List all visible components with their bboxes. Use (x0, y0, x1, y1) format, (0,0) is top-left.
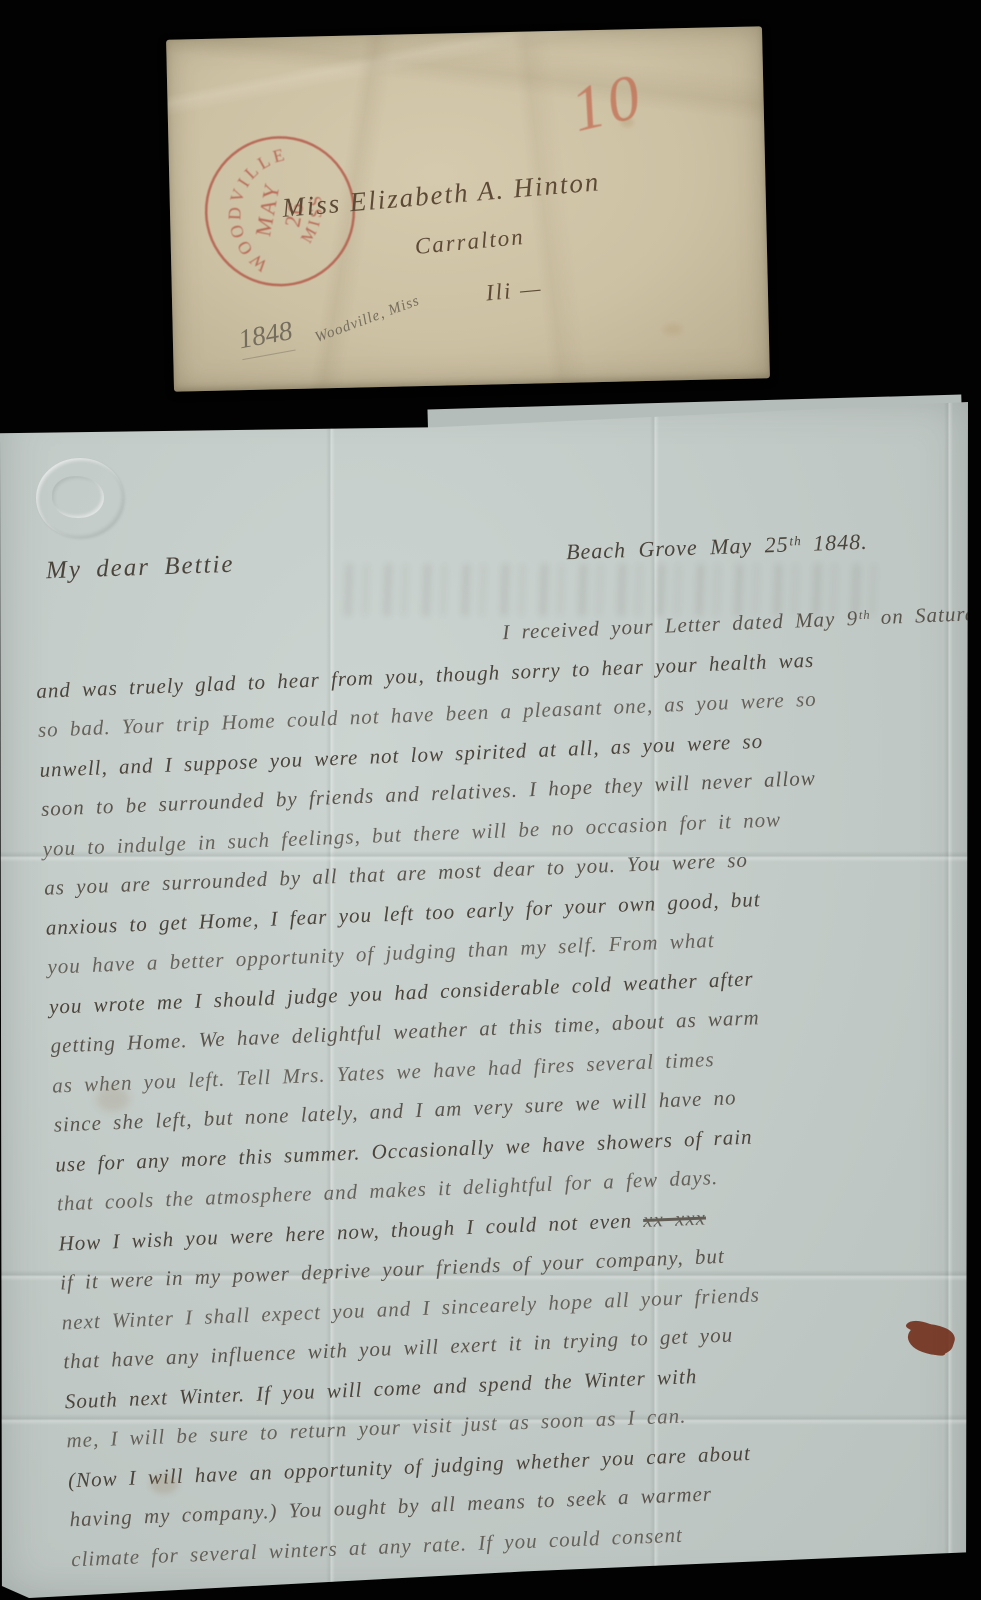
pencil-note-origin: Woodville, Miss (313, 293, 422, 347)
letter-salutation: My dear Bettie (46, 551, 235, 586)
letter-dateline: Beach Grove May 25ᵗʰ 1848. (566, 529, 868, 566)
embossed-seal-emblem (52, 476, 104, 518)
postmark-town: WOODVILLE (213, 135, 293, 278)
envelope: 10 WOODVILLE MISS MAY 26 Miss Elizabeth … (166, 26, 770, 391)
pencil-note-year: 1848 (236, 315, 296, 360)
address-town: Carralton (414, 224, 526, 260)
ink-blot (893, 1594, 902, 1600)
postmark-month: MAY (251, 180, 285, 239)
foxing-spot (663, 323, 683, 335)
svg-text:WOODVILLE: WOODVILLE (213, 135, 293, 278)
letter-front-leaf: Beach Grove May 25ᵗʰ 1848. My dear Betti… (0, 396, 968, 1598)
photo-background: 10 WOODVILLE MISS MAY 26 Miss Elizabeth … (0, 0, 981, 1600)
embossed-stationery-seal-icon (36, 458, 124, 538)
letter-body: I received your Letter dated May 9ᵗʰ on … (34, 595, 981, 1579)
letter-page: Beach Grove May 25ᵗʰ 1848. My dear Betti… (0, 396, 968, 1598)
struck-out-words: xx xxx (643, 1205, 707, 1232)
postal-rate-marking: 10 (564, 59, 651, 148)
address-state: Ili — (485, 275, 544, 306)
